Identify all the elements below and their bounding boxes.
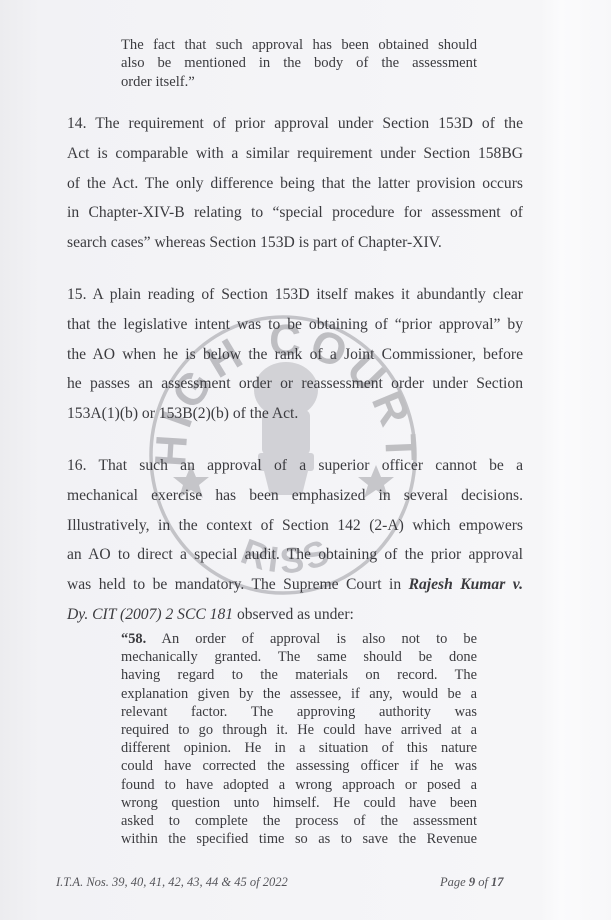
text-line: asked to complete the process of the ass… xyxy=(121,812,477,830)
text-line: an AO to direct a special audit. The obt… xyxy=(67,540,523,570)
text-line: 16. That such an approval of a superior … xyxy=(67,451,523,481)
text-run: observed as under: xyxy=(233,606,354,623)
text-line: Dy. CIT (2007) 2 SCC 181 observed as und… xyxy=(67,600,523,630)
text-line: “58. An order of approval is also not to… xyxy=(121,630,477,648)
text-line: of the Act. The only difference being th… xyxy=(67,169,523,199)
text-line: different opinion. He in a situation of … xyxy=(121,739,477,757)
text-line: 14. The requirement of prior approval un… xyxy=(67,109,523,139)
document-page: HIGH COURT ORISSA The fact that such app… xyxy=(0,0,611,920)
block-quote-58: “58. An order of approval is also not to… xyxy=(121,630,477,848)
text-line: 153A(1)(b) or 153B(2)(b) of the Act. xyxy=(67,399,523,429)
text-line: mechanical exercise has been emphasized … xyxy=(67,481,523,511)
footer-page-number: Page 9 of 17 xyxy=(440,875,504,890)
text-line: Illustratively, in the context of Sectio… xyxy=(67,511,523,541)
text-line: also be mentioned in the body of the ass… xyxy=(121,54,477,72)
paragraph-15: 15. A plain reading of Section 153D itse… xyxy=(67,280,523,429)
case-citation-reference: Dy. CIT (2007) 2 SCC 181 xyxy=(67,606,233,623)
case-citation-name: Rajesh Kumar v. xyxy=(409,576,523,593)
text-line: The fact that such approval has been obt… xyxy=(121,36,477,54)
paragraph-14: 14. The requirement of prior approval un… xyxy=(67,109,523,258)
text-line: within the specified time so as to save … xyxy=(121,830,477,848)
text-line: order itself.” xyxy=(121,73,477,91)
page-total: 17 xyxy=(491,875,504,889)
text-line: the AO when he is below the rank of a Jo… xyxy=(67,340,523,370)
page-current: 9 xyxy=(469,875,475,889)
text-line: wrong question unto himself. He could ha… xyxy=(121,794,477,812)
block-quote-tail: The fact that such approval has been obt… xyxy=(121,36,477,91)
text-run: An order of approval is also not to be xyxy=(146,631,477,647)
text-line: could have corrected the assessing offic… xyxy=(121,757,477,775)
footer-case-reference: I.T.A. Nos. 39, 40, 41, 42, 43, 44 & 45 … xyxy=(56,875,288,890)
text-line: required to go through it. He could have… xyxy=(121,721,477,739)
text-line: 15. A plain reading of Section 153D itse… xyxy=(67,280,523,310)
text-line: having regard to the materials on record… xyxy=(121,666,477,684)
paragraph-16: 16. That such an approval of a superior … xyxy=(67,451,523,630)
text-line: relevant factor. The approving authority… xyxy=(121,703,477,721)
page-label: Page xyxy=(440,875,466,889)
text-line: was held to be mandatory. The Supreme Co… xyxy=(67,570,523,600)
page-of: of xyxy=(478,875,488,889)
text-line: he passes an assessment order or reasses… xyxy=(67,369,523,399)
text-line: in Chapter-XIV-B relating to “special pr… xyxy=(67,198,523,228)
text-line: that the legislative intent was to be ob… xyxy=(67,310,523,340)
quote-para-marker: “58. xyxy=(121,631,146,647)
text-line: explanation given by the assessee, if an… xyxy=(121,685,477,703)
text-line: Act is comparable with a similar require… xyxy=(67,139,523,169)
text-run: was held to be mandatory. The Supreme Co… xyxy=(67,576,409,593)
text-line: mechanically granted. The same should be… xyxy=(121,648,477,666)
text-line: found to have adopted a wrong approach o… xyxy=(121,776,477,794)
text-line: search cases” whereas Section 153D is pa… xyxy=(67,228,523,258)
